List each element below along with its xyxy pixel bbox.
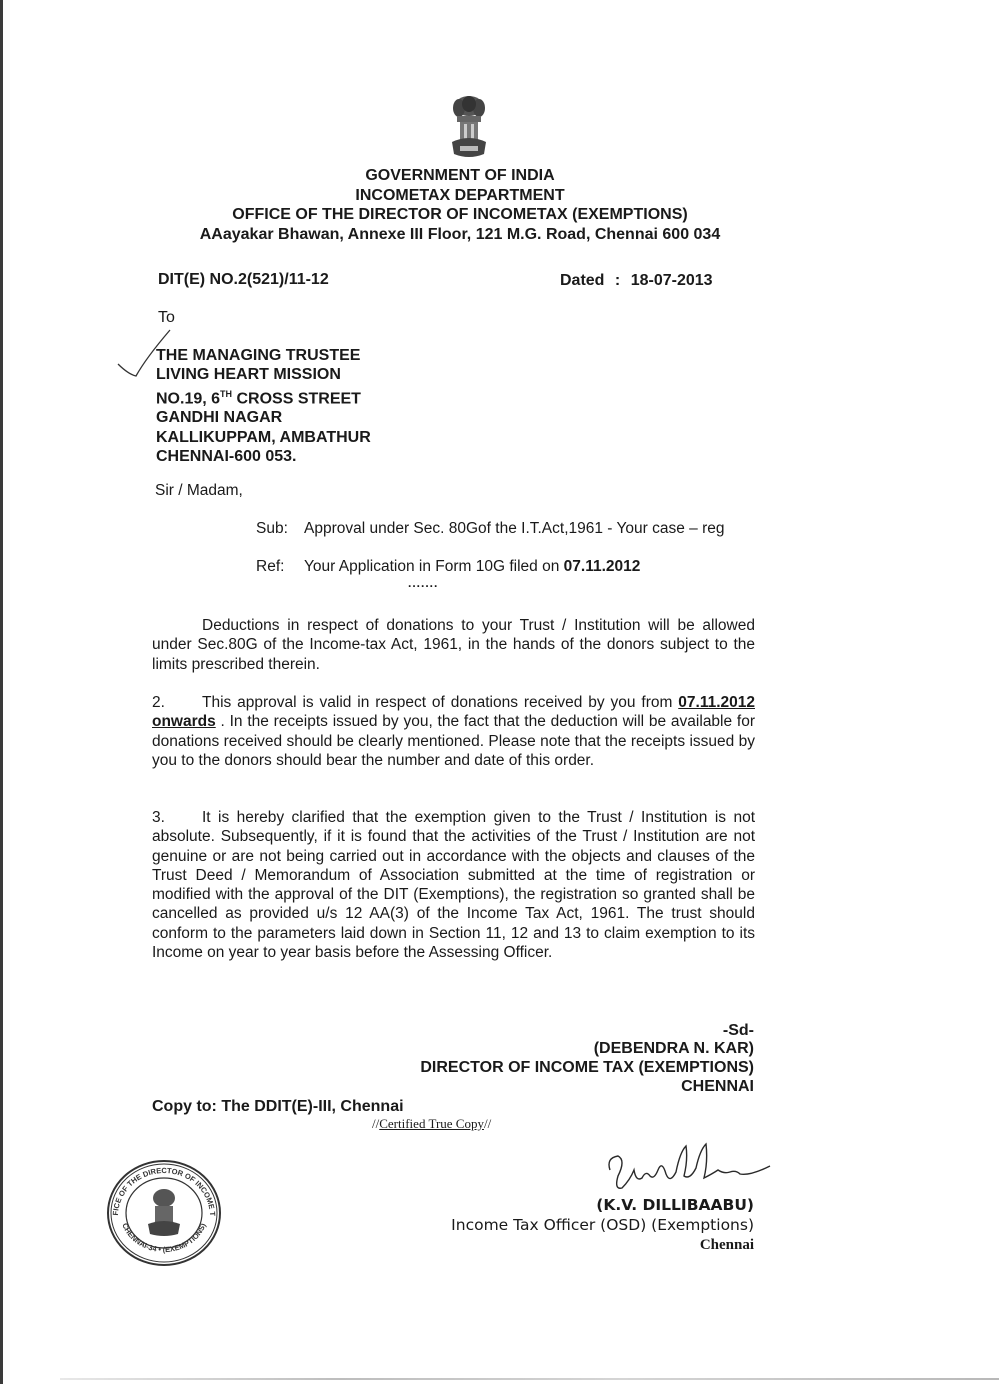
attesting-officer-designation: Income Tax Officer (OSD) (Exemptions) [334, 1216, 754, 1234]
signed-mark: -Sd- [354, 1022, 754, 1040]
sub-text: Approval under Sec. 80Gof the I.T.Act,19… [304, 520, 724, 537]
sub-label: Sub: [256, 520, 304, 538]
paragraph-3: 3.It is hereby clarified that the exempt… [152, 808, 755, 962]
recipient-line: THE MANAGING TRUSTEE [156, 346, 371, 365]
signatory-city: CHENNAI [354, 1078, 754, 1096]
recipient-line: GANDHI NAGAR [156, 408, 371, 427]
ref-text: Your Application in Form 10G filed on [304, 558, 564, 575]
date-value: 18-07-2013 [631, 272, 713, 289]
attesting-officer-name: (K.V. DILLIBAABU) [354, 1196, 754, 1214]
reference-number: DIT(E) NO.2(521)/11-12 [158, 271, 329, 289]
recipient-address: THE MANAGING TRUSTEE LIVING HEART MISSIO… [156, 346, 371, 466]
letterhead-address: AAayakar Bhawan, Annexe III Floor, 121 M… [0, 226, 920, 244]
certified-true-copy: //Certified True Copy// [372, 1116, 491, 1132]
national-emblem-icon [446, 94, 492, 162]
recipient-line: NO.19, 6TH CROSS STREET [156, 385, 371, 409]
recipient-line: LIVING HEART MISSION [156, 365, 371, 384]
paragraph-2: 2.This approval is valid in respect of d… [152, 693, 755, 770]
letter-date: Dated : 18-07-2013 [560, 272, 713, 290]
scan-bottom-edge [60, 1378, 999, 1380]
dated-separator: : [615, 272, 620, 289]
subject-line: Sub:Approval under Sec. 80Gof the I.T.Ac… [256, 520, 724, 538]
ref-date: 07.11.2012 [564, 558, 641, 575]
ref-line: Ref:Your Application in Form 10G filed o… [256, 558, 640, 576]
handwritten-signature [600, 1140, 780, 1198]
attesting-officer-city: Chennai [454, 1237, 754, 1254]
office-seal-icon: OFFICE OF THE DIRECTOR OF INCOME TAX CHE… [104, 1158, 224, 1268]
signatory-name: (DEBENDRA N. KAR) [354, 1040, 754, 1058]
ref-label: Ref: [256, 558, 304, 576]
to-label: To [158, 309, 175, 327]
signatory-designation: DIRECTOR OF INCOME TAX (EXEMPTIONS) [254, 1059, 754, 1077]
dated-label: Dated [560, 272, 604, 289]
copy-to: Copy to: The DDIT(E)-III, Chennai [152, 1098, 404, 1116]
letterhead-office: OFFICE OF THE DIRECTOR OF INCOMETAX (EXE… [0, 206, 920, 224]
letterhead-government: GOVERNMENT OF INDIA [0, 167, 920, 185]
salutation: Sir / Madam, [155, 482, 243, 500]
separator-dots: ....... [408, 576, 438, 590]
recipient-line: CHENNAI-600 053. [156, 447, 371, 466]
paragraph-1: Deductions in respect of donations to yo… [152, 616, 755, 674]
letterhead-department: INCOMETAX DEPARTMENT [0, 187, 920, 205]
recipient-line: KALLIKUPPAM, AMBATHUR [156, 428, 371, 447]
